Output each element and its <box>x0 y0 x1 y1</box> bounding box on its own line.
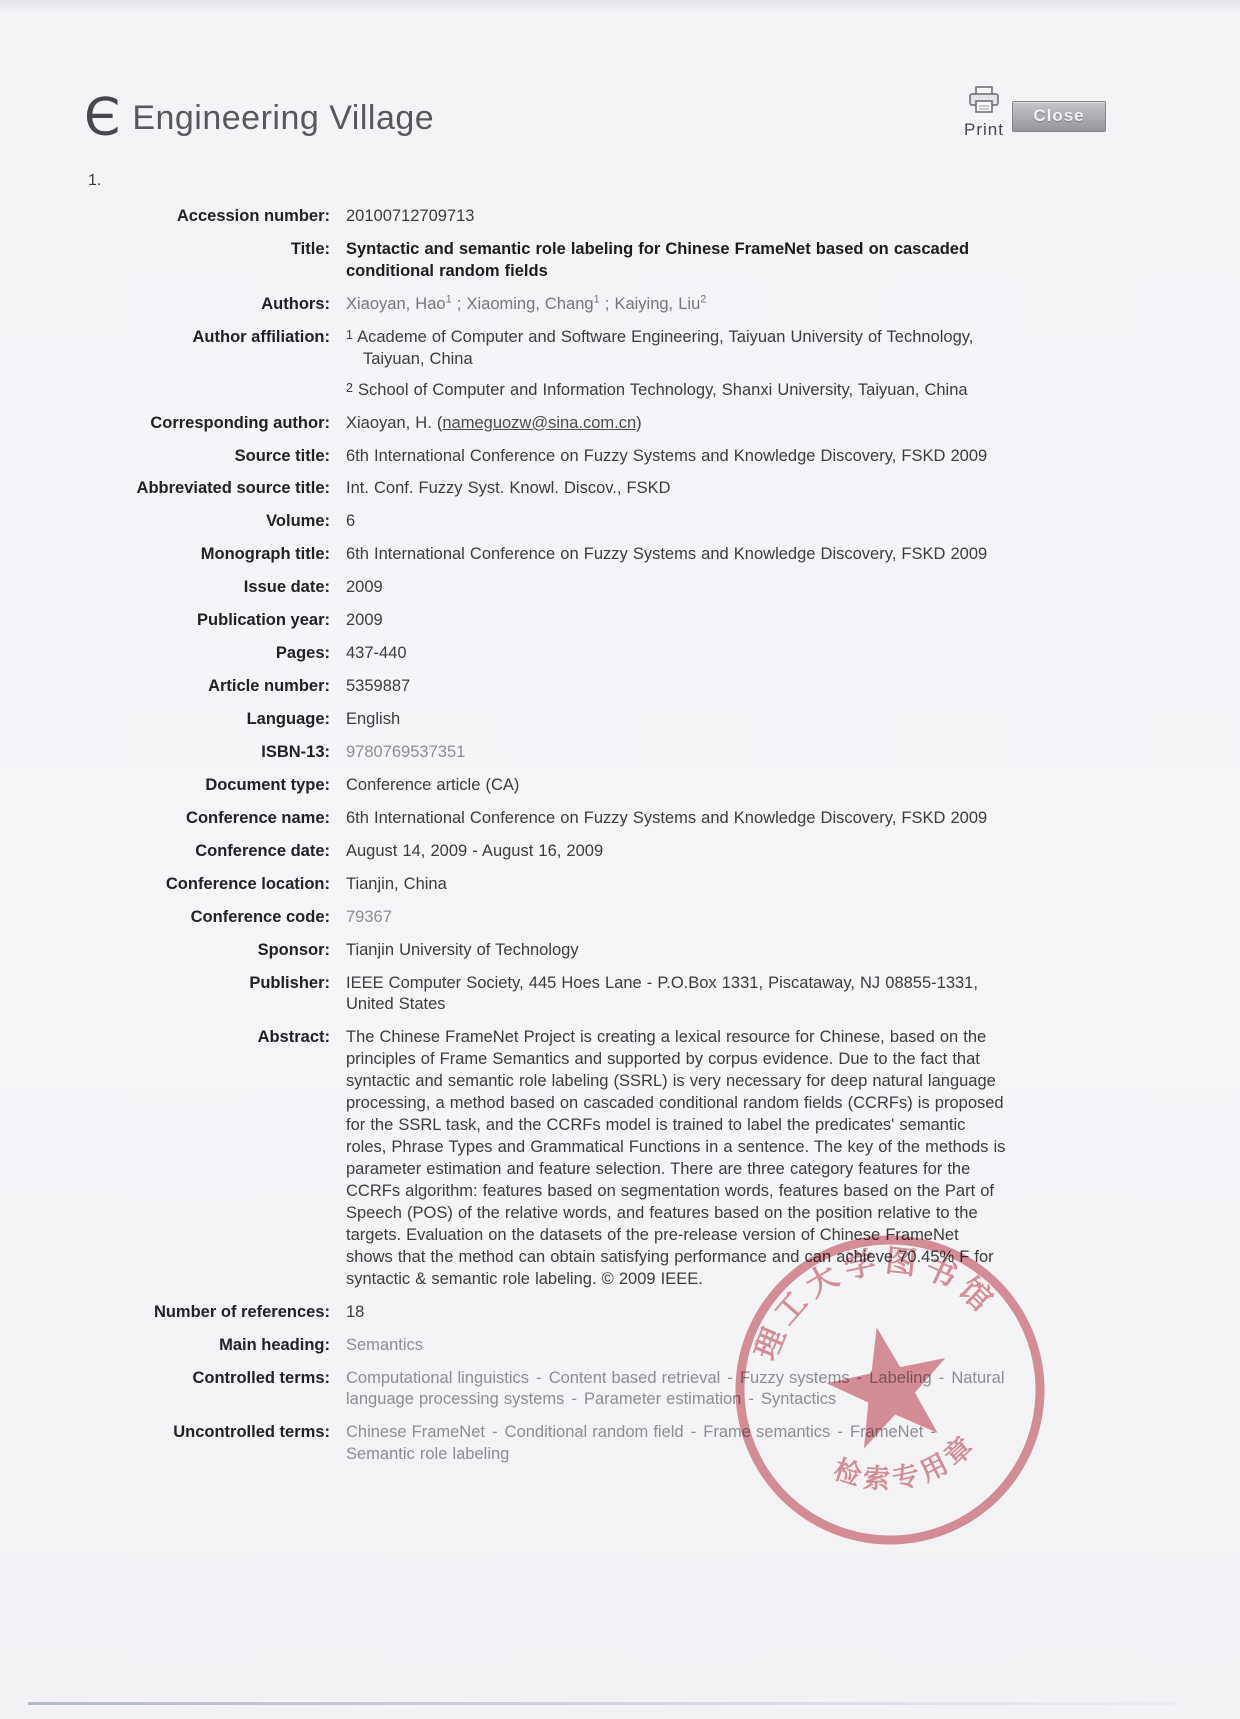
field-label: Pages: <box>90 643 330 665</box>
term-text: Frame semantics <box>703 1423 830 1441</box>
field-label: ISBN-13: <box>90 742 330 764</box>
field-row: Abstract:The Chinese FrameNet Project is… <box>90 1027 1020 1290</box>
field-label: Author affiliation: <box>90 327 330 402</box>
footer-scan-line <box>28 1702 1178 1705</box>
field-label: Conference name: <box>90 808 330 830</box>
field-value: Int. Conf. Fuzzy Syst. Knowl. Discov., F… <box>346 478 1006 500</box>
field-row: Language:English <box>90 709 1020 731</box>
field-label: Sponsor: <box>90 940 330 962</box>
field-value: The Chinese FrameNet Project is creating… <box>346 1027 1006 1290</box>
field-value: Syntactic and semantic role labeling for… <box>346 239 1006 283</box>
field-value: Xiaoyan, Hao1 ; Xiaoming, Chang1 ; Kaiyi… <box>346 294 1006 316</box>
affiliation: 1 Academe of Computer and Software Engin… <box>346 327 1006 371</box>
field-value: Tianjin, China <box>346 874 1006 896</box>
term-text: Parameter estimation <box>584 1390 741 1408</box>
field-value: 9780769537351 <box>346 742 1006 764</box>
term-text: Fuzzy systems <box>740 1369 850 1387</box>
field-row: Pages:437-440 <box>90 643 1020 665</box>
field-value: Conference article (CA) <box>346 775 1006 797</box>
field-label: Source title: <box>90 446 330 468</box>
field-row: Accession number:20100712709713 <box>90 206 1020 228</box>
field-row: Main heading:Semantics <box>90 1335 1020 1357</box>
field-label: Publisher: <box>90 973 330 1017</box>
field-row: Abbreviated source title:Int. Conf. Fuzz… <box>90 478 1020 500</box>
field-row: Monograph title:6th International Confer… <box>90 544 1020 566</box>
field-label: Uncontrolled terms: <box>90 1422 330 1466</box>
print-button[interactable]: Print <box>952 86 1016 140</box>
field-label: Accession number: <box>90 206 330 228</box>
field-label: Language: <box>90 709 330 731</box>
field-row: Number of references:18 <box>90 1302 1020 1324</box>
field-row: Conference code:79367 <box>90 907 1020 929</box>
field-label: Issue date: <box>90 577 330 599</box>
field-label: Abstract: <box>90 1027 330 1290</box>
field-label: Authors: <box>90 294 330 316</box>
field-row: Corresponding author:Xiaoyan, H. (namegu… <box>90 413 1020 435</box>
field-label: Monograph title: <box>90 544 330 566</box>
field-row: Sponsor:Tianjin University of Technology <box>90 940 1020 962</box>
field-label: Document type: <box>90 775 330 797</box>
field-label: Controlled terms: <box>90 1368 330 1412</box>
term-text: FrameNet <box>850 1423 923 1441</box>
field-row: Publisher:IEEE Computer Society, 445 Hoe… <box>90 973 1020 1017</box>
field-value: 6th International Conference on Fuzzy Sy… <box>346 808 1006 830</box>
field-label: Conference date: <box>90 841 330 863</box>
author-name: Xiaoming, Chang1 <box>466 295 599 313</box>
field-row: Publication year:2009 <box>90 610 1020 632</box>
field-value: 2009 <box>346 577 1006 599</box>
field-value: 20100712709713 <box>346 206 1006 228</box>
ev-logo-icon: Є <box>84 94 120 142</box>
field-label: Abbreviated source title: <box>90 478 330 500</box>
field-value: English <box>346 709 1006 731</box>
term-text: Content based retrieval <box>549 1369 721 1387</box>
field-row: Document type:Conference article (CA) <box>90 775 1020 797</box>
field-label: Volume: <box>90 511 330 533</box>
field-label: Title: <box>90 239 330 283</box>
field-value: Xiaoyan, H. (nameguozw@sina.com.cn) <box>346 413 1006 435</box>
field-value: 2009 <box>346 610 1006 632</box>
field-row: Issue date:2009 <box>90 577 1020 599</box>
field-value: August 14, 2009 - August 16, 2009 <box>346 841 1006 863</box>
brand-title: Engineering Village <box>132 99 434 138</box>
record-number: 1. <box>88 172 101 190</box>
field-row: Uncontrolled terms:Chinese FrameNet - Co… <box>90 1422 1020 1466</box>
field-row: Conference location:Tianjin, China <box>90 874 1020 896</box>
field-value: 6th International Conference on Fuzzy Sy… <box>346 446 1006 468</box>
field-label: Number of references: <box>90 1302 330 1324</box>
engineering-village-logo: Є Engineering Village <box>84 94 434 142</box>
term-text: Semantic role labeling <box>346 1445 509 1463</box>
field-value: 79367 <box>346 907 1006 929</box>
field-label: Conference location: <box>90 874 330 896</box>
term-text: Computational linguistics <box>346 1369 529 1387</box>
field-value: 1 Academe of Computer and Software Engin… <box>346 327 1006 402</box>
email-link[interactable]: nameguozw@sina.com.cn <box>442 414 636 432</box>
field-value: Tianjin University of Technology <box>346 940 1006 962</box>
field-row: Volume:6 <box>90 511 1020 533</box>
author-name: Kaiying, Liu2 <box>614 295 706 313</box>
field-label: Main heading: <box>90 1335 330 1357</box>
field-value: IEEE Computer Society, 445 Hoes Lane - P… <box>346 973 1006 1017</box>
author-name: Xiaoyan, Hao1 <box>346 295 452 313</box>
affiliation: 2 School of Computer and Information Tec… <box>346 380 1006 402</box>
field-row: Author affiliation:1 Academe of Computer… <box>90 327 1020 402</box>
field-row: ISBN-13:9780769537351 <box>90 742 1020 764</box>
field-label: Conference code: <box>90 907 330 929</box>
term-text: Labeling <box>869 1369 931 1387</box>
field-label: Article number: <box>90 676 330 698</box>
field-label: Publication year: <box>90 610 330 632</box>
field-value: 5359887 <box>346 676 1006 698</box>
field-row: Conference name:6th International Confer… <box>90 808 1020 830</box>
field-row: Controlled terms:Computational linguisti… <box>90 1368 1020 1412</box>
record-fields: Accession number:20100712709713Title:Syn… <box>90 206 1020 1477</box>
field-value: 6 <box>346 511 1006 533</box>
term-text: Syntactics <box>761 1390 836 1408</box>
field-row: Source title:6th International Conferenc… <box>90 446 1020 468</box>
term-text: Chinese FrameNet <box>346 1423 485 1441</box>
field-row: Conference date:August 14, 2009 - August… <box>90 841 1020 863</box>
field-value: Computational linguistics - Content base… <box>346 1368 1006 1412</box>
field-value: 18 <box>346 1302 1006 1324</box>
field-value: 437-440 <box>346 643 1006 665</box>
field-row: Title:Syntactic and semantic role labeli… <box>90 239 1020 283</box>
close-button[interactable]: Close <box>1012 101 1106 132</box>
field-value: Chinese FrameNet - Conditional random fi… <box>346 1422 1006 1466</box>
printer-icon <box>966 86 1002 114</box>
field-value: Semantics <box>346 1335 1006 1357</box>
field-value: 6th International Conference on Fuzzy Sy… <box>346 544 1006 566</box>
print-label: Print <box>952 120 1016 140</box>
field-row: Authors:Xiaoyan, Hao1 ; Xiaoming, Chang1… <box>90 294 1020 316</box>
field-row: Article number:5359887 <box>90 676 1020 698</box>
term-text: Conditional random field <box>505 1423 684 1441</box>
field-label: Corresponding author: <box>90 413 330 435</box>
